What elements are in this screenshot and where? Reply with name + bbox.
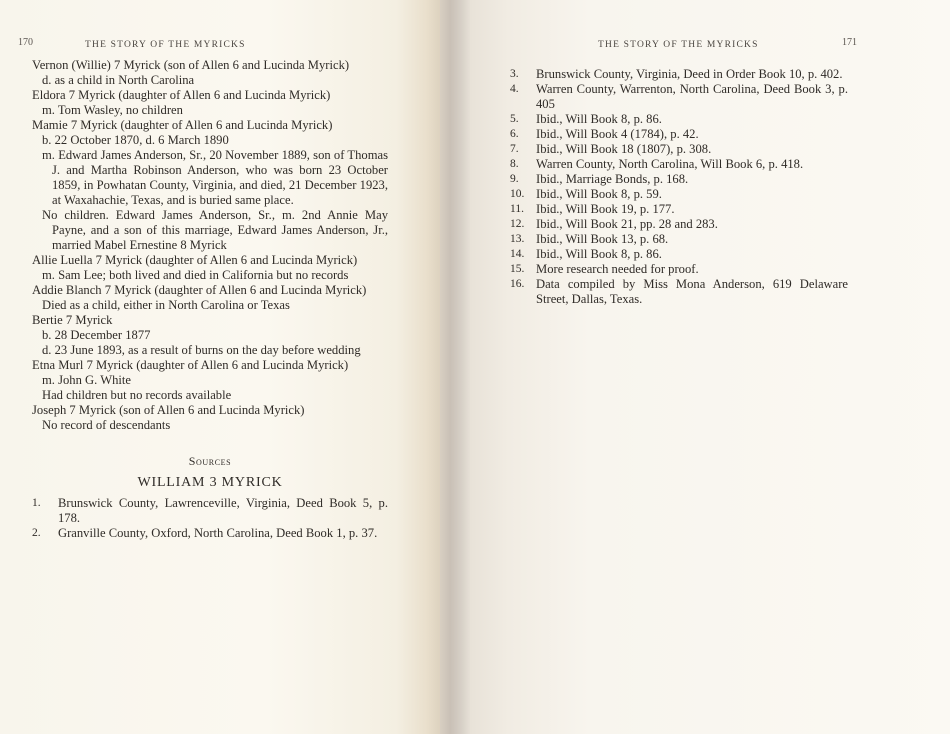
entry-detail: b. 28 December 1877	[42, 328, 388, 343]
entry: Addie Blanch 7 Myrick (daughter of Allen…	[32, 283, 388, 313]
entry-name: Mamie 7 Myrick (daughter of Allen 6 and …	[32, 118, 388, 133]
entry-name: Eldora 7 Myrick (daughter of Allen 6 and…	[32, 88, 388, 103]
entry-name: Etna Murl 7 Myrick (daughter of Allen 6 …	[32, 358, 388, 373]
genealogy-entries: Vernon (Willie) 7 Myrick (son of Allen 6…	[32, 58, 388, 541]
note-text: Warren County, Warrenton, North Carolina…	[536, 82, 848, 112]
note-text: Ibid., Will Book 4 (1784), p. 42.	[536, 127, 848, 142]
note-number: 11.	[510, 202, 536, 217]
note-number: 13.	[510, 232, 536, 247]
source-note: 12.Ibid., Will Book 21, pp. 28 and 283.	[510, 217, 848, 232]
entry-detail: Had children but no records available	[42, 388, 388, 403]
note-number: 15.	[510, 262, 536, 277]
note-text: Ibid., Marriage Bonds, p. 168.	[536, 172, 848, 187]
entry: Joseph 7 Myrick (son of Allen 6 and Luci…	[32, 403, 388, 433]
source-note: 1. Brunswick County, Lawrenceville, Virg…	[32, 496, 388, 526]
entry-detail: m. Tom Wasley, no children	[42, 103, 388, 118]
source-note: 7.Ibid., Will Book 18 (1807), p. 308.	[510, 142, 848, 157]
entry-name: Allie Luella 7 Myrick (daughter of Allen…	[32, 253, 388, 268]
note-number: 4.	[510, 82, 536, 112]
entry-detail: d. 23 June 1893, as a result of burns on…	[42, 343, 388, 358]
note-text: More research needed for proof.	[536, 262, 848, 277]
note-number: 3.	[510, 67, 536, 82]
entry: Vernon (Willie) 7 Myrick (son of Allen 6…	[32, 58, 388, 88]
source-note: 10.Ibid., Will Book 8, p. 59.	[510, 187, 848, 202]
sources-label: Sources	[32, 454, 388, 469]
entry: Bertie 7 Myrick b. 28 December 1877 d. 2…	[32, 313, 388, 358]
page-number: 170	[18, 37, 33, 48]
running-head: THE STORY OF THE MYRICKS	[598, 40, 759, 50]
source-note: 4.Warren County, Warrenton, North Caroli…	[510, 82, 848, 112]
entry-detail: No record of descendants	[42, 418, 388, 433]
note-text: Ibid., Will Book 8, p. 86.	[536, 112, 848, 127]
note-text: Data compiled by Miss Mona Anderson, 619…	[536, 277, 848, 307]
entry-name: Joseph 7 Myrick (son of Allen 6 and Luci…	[32, 403, 388, 418]
right-page: THE STORY OF THE MYRICKS 171 3.Brunswick…	[470, 0, 950, 734]
entry-detail: No children. Edward James Anderson, Sr.,…	[42, 208, 388, 253]
note-text: Brunswick County, Lawrenceville, Virgini…	[58, 496, 388, 526]
entry: Allie Luella 7 Myrick (daughter of Allen…	[32, 253, 388, 283]
note-text: Warren County, North Carolina, Will Book…	[536, 157, 848, 172]
note-text: Ibid., Will Book 18 (1807), p. 308.	[536, 142, 848, 157]
note-number: 14.	[510, 247, 536, 262]
entry-name: Bertie 7 Myrick	[32, 313, 388, 328]
page-number: 171	[842, 37, 857, 48]
entry: Eldora 7 Myrick (daughter of Allen 6 and…	[32, 88, 388, 118]
entry-detail: m. Edward James Anderson, Sr., 20 Novemb…	[42, 148, 388, 208]
note-text: Ibid., Will Book 19, p. 177.	[536, 202, 848, 217]
note-number: 9.	[510, 172, 536, 187]
note-number: 16.	[510, 277, 536, 307]
note-text: Brunswick County, Virginia, Deed in Orde…	[536, 67, 848, 82]
source-note: 14.Ibid., Will Book 8, p. 86.	[510, 247, 848, 262]
note-number: 2.	[32, 526, 58, 541]
source-note: 8.Warren County, North Carolina, Will Bo…	[510, 157, 848, 172]
entry-detail: d. as a child in North Carolina	[42, 73, 388, 88]
note-number: 7.	[510, 142, 536, 157]
source-note: 9.Ibid., Marriage Bonds, p. 168.	[510, 172, 848, 187]
left-page: 170 THE STORY OF THE MYRICKS Vernon (Wil…	[0, 0, 440, 734]
entry-name: Vernon (Willie) 7 Myrick (son of Allen 6…	[32, 58, 388, 73]
source-note: 16.Data compiled by Miss Mona Anderson, …	[510, 277, 848, 307]
entry: Mamie 7 Myrick (daughter of Allen 6 and …	[32, 118, 388, 253]
note-text: Granville County, Oxford, North Carolina…	[58, 526, 388, 541]
running-head: THE STORY OF THE MYRICKS	[85, 40, 246, 50]
source-notes: 3.Brunswick County, Virginia, Deed in Or…	[510, 67, 848, 307]
sources-heading: WILLIAM 3 MYRICK	[32, 475, 388, 490]
source-notes-continued: 3.Brunswick County, Virginia, Deed in Or…	[510, 67, 848, 307]
entry-detail: b. 22 October 1870, d. 6 March 1890	[42, 133, 388, 148]
note-text: Ibid., Will Book 8, p. 86.	[536, 247, 848, 262]
entry: Etna Murl 7 Myrick (daughter of Allen 6 …	[32, 358, 388, 403]
entry-detail: m. Sam Lee; both lived and died in Calif…	[42, 268, 388, 283]
note-number: 12.	[510, 217, 536, 232]
entry-detail: Died as a child, either in North Carolin…	[42, 298, 388, 313]
entry-name: Addie Blanch 7 Myrick (daughter of Allen…	[32, 283, 388, 298]
source-note: 3.Brunswick County, Virginia, Deed in Or…	[510, 67, 848, 82]
book-gutter	[440, 0, 470, 734]
book-spread: 170 THE STORY OF THE MYRICKS Vernon (Wil…	[0, 0, 950, 734]
source-note: 13.Ibid., Will Book 13, p. 68.	[510, 232, 848, 247]
source-notes: 1. Brunswick County, Lawrenceville, Virg…	[32, 496, 388, 541]
note-text: Ibid., Will Book 13, p. 68.	[536, 232, 848, 247]
source-note: 15.More research needed for proof.	[510, 262, 848, 277]
source-note: 6.Ibid., Will Book 4 (1784), p. 42.	[510, 127, 848, 142]
note-number: 6.	[510, 127, 536, 142]
source-note: 2. Granville County, Oxford, North Carol…	[32, 526, 388, 541]
source-note: 5.Ibid., Will Book 8, p. 86.	[510, 112, 848, 127]
source-note: 11.Ibid., Will Book 19, p. 177.	[510, 202, 848, 217]
note-number: 1.	[32, 496, 58, 526]
note-number: 5.	[510, 112, 536, 127]
note-text: Ibid., Will Book 21, pp. 28 and 283.	[536, 217, 848, 232]
note-text: Ibid., Will Book 8, p. 59.	[536, 187, 848, 202]
entry-detail: m. John G. White	[42, 373, 388, 388]
note-number: 8.	[510, 157, 536, 172]
note-number: 10.	[510, 187, 536, 202]
